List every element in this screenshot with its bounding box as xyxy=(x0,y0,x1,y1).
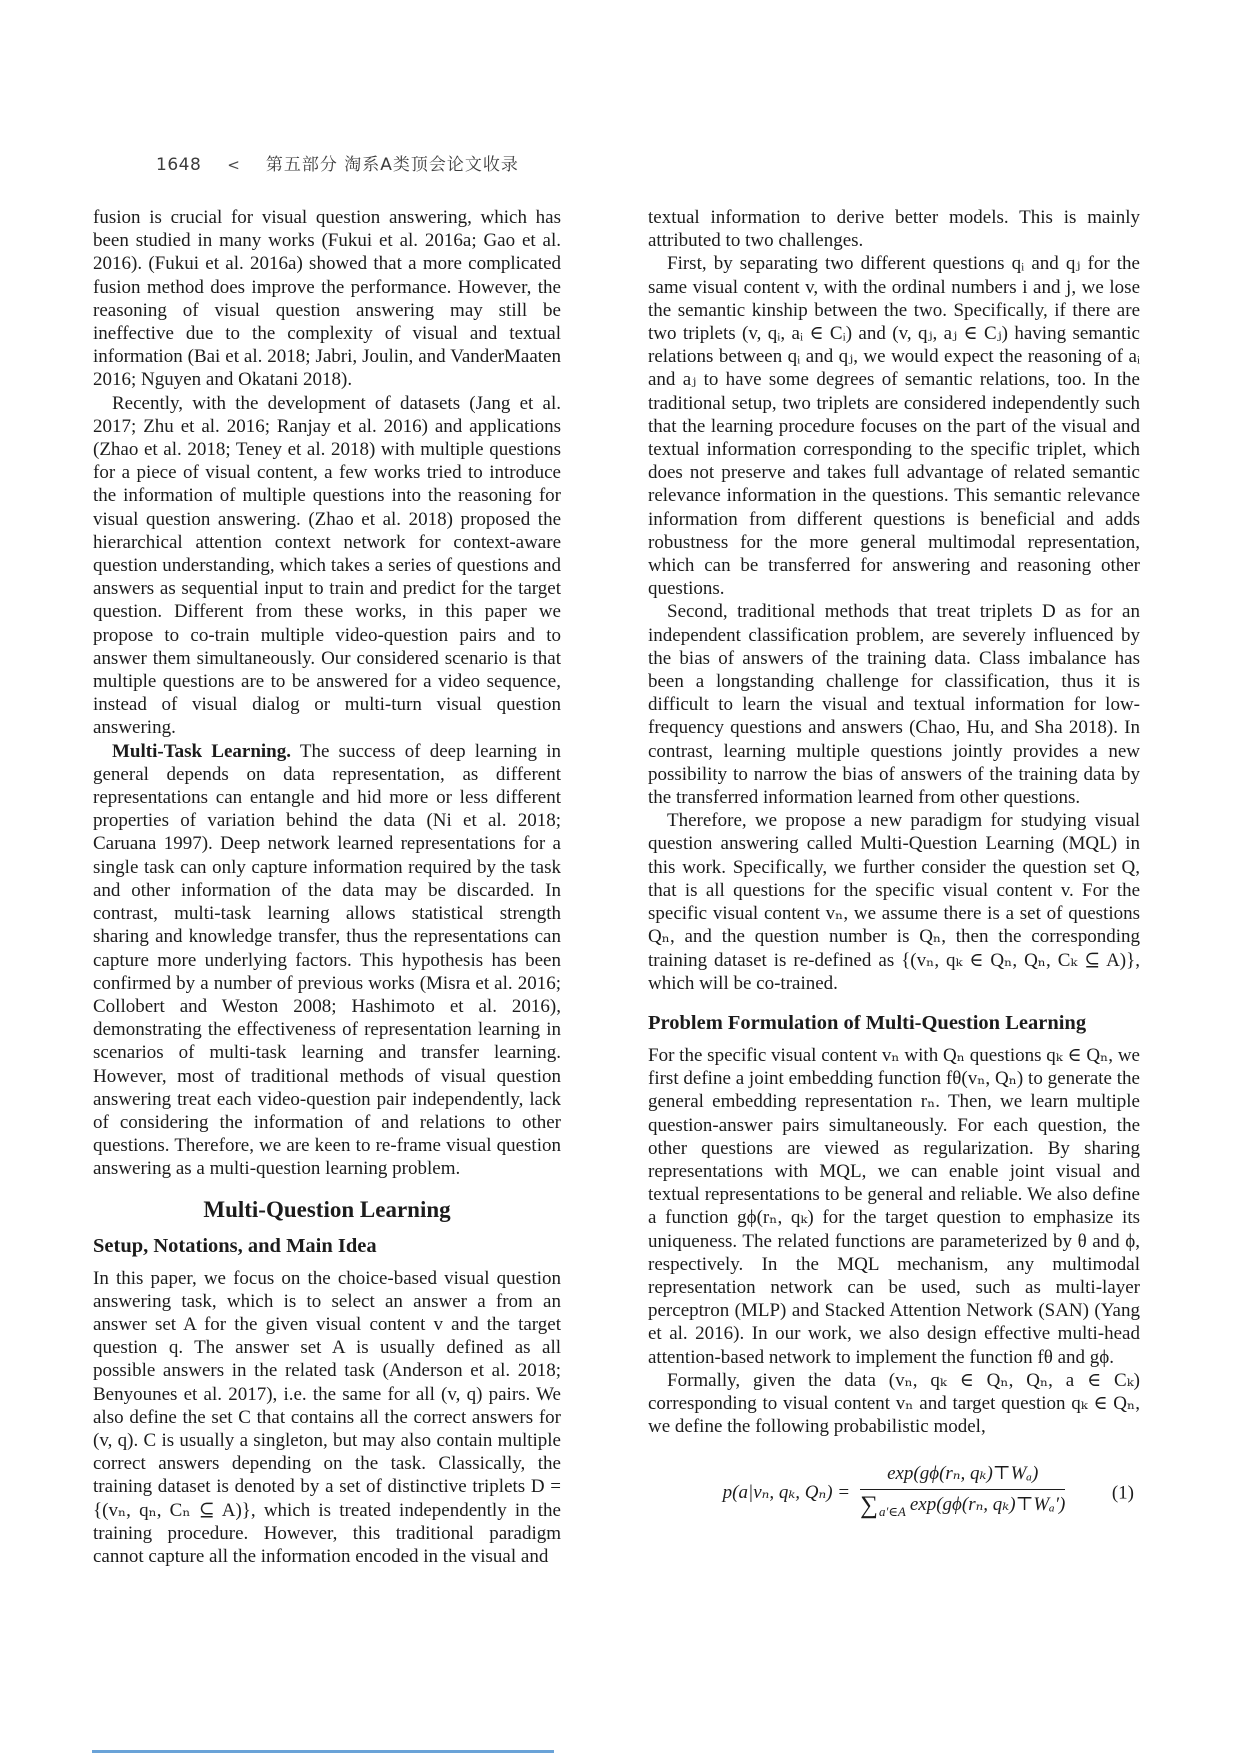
multi-task-learning-body: The success of deep learning in general … xyxy=(93,741,561,1180)
equation-1: p(a|vₙ, qₖ, Qₙ) = exp(gϕ(rₙ, qₖ)⊤Wₐ) ∑a′… xyxy=(648,1462,1140,1522)
equation-lhs: p(a|vₙ, qₖ, Qₙ) = xyxy=(723,1481,850,1504)
paragraph-therefore-mql: Therefore, we propose a new paradigm for… xyxy=(648,809,1140,995)
paragraph-setup: In this paper, we focus on the choice-ba… xyxy=(93,1267,561,1569)
subsection-heading-problem-formulation: Problem Formulation of Multi-Question Le… xyxy=(648,1011,1140,1036)
subsection-heading-setup-notations: Setup, Notations, and Main Idea xyxy=(93,1234,561,1259)
denominator-expression: exp(gϕ(rₙ, qₖ)⊤Wₐ′) xyxy=(910,1494,1065,1515)
right-column: textual information to derive better mod… xyxy=(648,206,1140,1523)
running-header: 1648 < 第五部分 淘系A类顶会论文收录 xyxy=(156,150,519,175)
page-number: 1648 xyxy=(156,155,201,175)
equation-denominator: ∑a′∈Aexp(gϕ(rₙ, qₖ)⊤Wₐ′) xyxy=(860,1490,1065,1523)
multi-task-learning-lead: Multi-Task Learning. xyxy=(112,741,291,762)
header-section-title: 第五部分 淘系A类顶会论文收录 xyxy=(266,150,519,175)
paragraph-multi-task-learning: Multi-Task Learning. The success of deep… xyxy=(93,740,561,1181)
summation-symbol: ∑ xyxy=(860,1492,878,1519)
header-separator-chevron: < xyxy=(227,156,240,174)
paragraph-first-challenge: First, by separating two different quest… xyxy=(648,252,1140,600)
section-heading-multi-question-learning: Multi-Question Learning xyxy=(93,1196,561,1224)
footer-rule xyxy=(92,1750,554,1753)
paragraph-recently: Recently, with the development of datase… xyxy=(93,392,561,740)
equation-numerator: exp(gϕ(rₙ, qₖ)⊤Wₐ) xyxy=(860,1462,1065,1489)
equation-fraction: exp(gϕ(rₙ, qₖ)⊤Wₐ) ∑a′∈Aexp(gϕ(rₙ, qₖ)⊤W… xyxy=(860,1462,1065,1522)
paragraph-second-challenge: Second, traditional methods that treat t… xyxy=(648,600,1140,809)
paragraph-formulation: For the specific visual content vₙ with … xyxy=(648,1044,1140,1369)
paragraph-formally: Formally, given the data (vₙ, qₖ ∈ Qₙ, Q… xyxy=(648,1369,1140,1439)
paragraph-fusion: fusion is crucial for visual question an… xyxy=(93,206,561,392)
summation-subscript: a′∈A xyxy=(879,1504,906,1519)
left-column: fusion is crucial for visual question an… xyxy=(93,206,561,1568)
paragraph-textual: textual information to derive better mod… xyxy=(648,206,1140,252)
equation-number: (1) xyxy=(1112,1481,1134,1504)
